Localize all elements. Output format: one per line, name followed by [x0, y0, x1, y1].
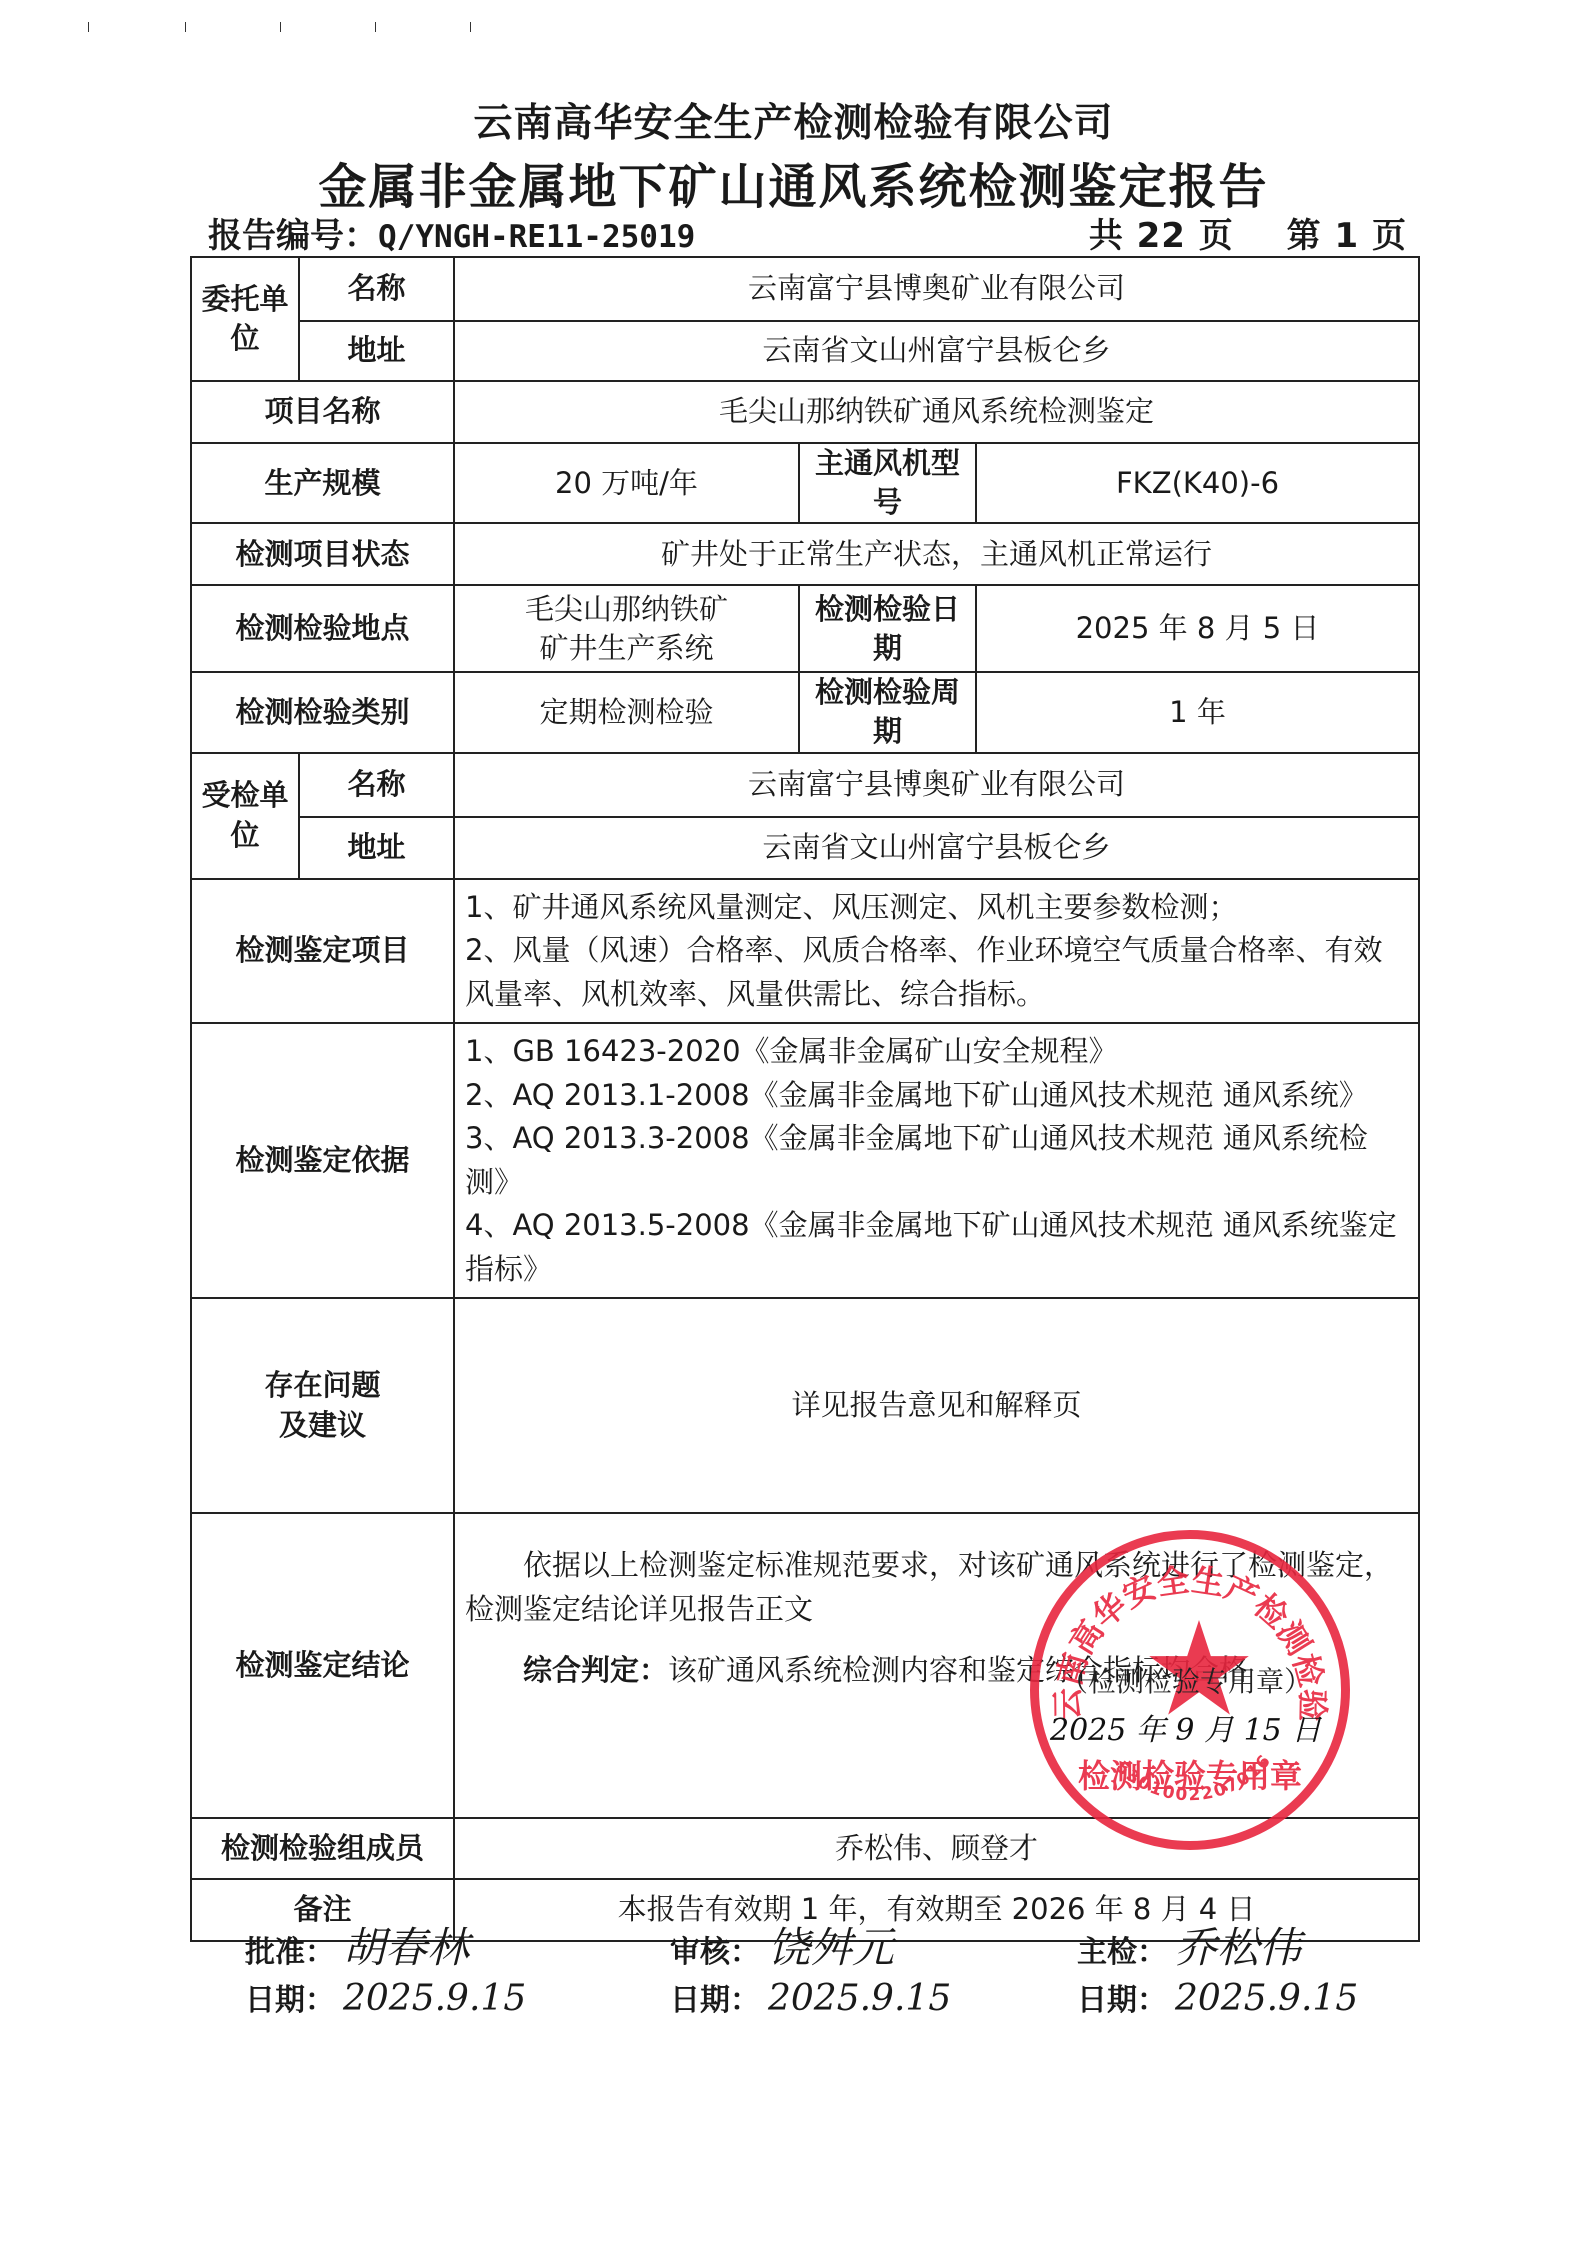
seal-caption: （检测检验专用章）: [1060, 1660, 1312, 1700]
approve-signature: 批准：胡春林: [245, 1915, 469, 1975]
scan-mark: [470, 22, 471, 32]
table-row: 存在问题 及建议 详见报告意见和解释页: [191, 1298, 1419, 1513]
chief-name: 乔松伟: [1175, 1923, 1301, 1972]
list-item: 2、风量（风速）合格率、风质合格率、作业环境空气质量合格率、有效风量率、风机效率…: [465, 929, 1408, 1016]
fan-model-label: 主通风机型号: [799, 443, 976, 523]
page-indicator: 共 22 页 第 1 页: [1079, 208, 1407, 257]
project-name-label: 项目名称: [191, 381, 454, 443]
report-number-value: Q/YNGH-RE11-25019: [378, 219, 695, 255]
date-value: 2025 年 8 月 5 日: [976, 585, 1419, 672]
table-row: 检测检验类别 定期检测检验 检测检验周期 1 年: [191, 672, 1419, 752]
scale-label: 生产规模: [191, 443, 454, 523]
report-number-label: 报告编号：: [208, 216, 378, 256]
items-list: 1、矿井通风系统风量测定、风压测定、风机主要参数检测； 2、风量（风速）合格率、…: [454, 879, 1419, 1024]
list-item: 1、GB 16423-2020《金属非金属矿山安全规程》: [465, 1030, 1408, 1074]
approve-date: 日期：2025.9.15: [245, 1975, 526, 2019]
inspected-address: 云南省文山州富宁县板仑乡: [454, 817, 1419, 879]
location-line1: 毛尖山那纳铁矿: [461, 590, 792, 629]
company-name: 云南高华安全生产检测检验有限公司: [0, 92, 1587, 148]
status-label: 检测项目状态: [191, 523, 454, 585]
table-row: 检测项目状态 矿井处于正常生产状态，主通风机正常运行: [191, 523, 1419, 585]
inspected-group-label: 受检单位: [191, 753, 299, 879]
inspected-name-label: 名称: [299, 753, 454, 817]
chief-date: 日期：2025.9.15: [1077, 1975, 1358, 2019]
client-address-label: 地址: [299, 321, 454, 381]
review-name: 饶舛元: [768, 1923, 894, 1972]
conclusion-text: 依据以上检测鉴定标准规范要求，对该矿通风系统进行了检测鉴定，检测鉴定结论详见报告…: [465, 1544, 1408, 1631]
client-name-label: 名称: [299, 257, 454, 321]
cycle-label: 检测检验周期: [799, 672, 976, 752]
basis-list: 1、GB 16423-2020《金属非金属矿山安全规程》 2、AQ 2013.1…: [454, 1023, 1419, 1298]
members-label: 检测检验组成员: [191, 1818, 454, 1879]
scan-mark: [280, 22, 281, 32]
report-title: 金属非金属地下矿山通风系统检测鉴定报告: [0, 148, 1587, 217]
list-item: 4、AQ 2013.5-2008《金属非金属地下矿山通风技术规范 通风系统鉴定指…: [465, 1204, 1408, 1291]
status-value: 矿井处于正常生产状态，主通风机正常运行: [454, 523, 1419, 585]
list-item: 1、矿井通风系统风量测定、风压测定、风机主要参数检测；: [465, 886, 1408, 930]
cycle-value: 1 年: [976, 672, 1419, 752]
review-signature: 审核：饶舛元: [670, 1915, 894, 1975]
scan-mark: [375, 22, 376, 32]
report-number: 报告编号：Q/YNGH-RE11-25019: [208, 208, 695, 257]
members-value: 乔松伟、顾登才: [454, 1818, 1419, 1879]
table-row: 委托单位 名称 云南富宁县博奥矿业有限公司: [191, 257, 1419, 321]
project-name: 毛尖山那纳铁矿通风系统检测鉴定: [454, 381, 1419, 443]
review-date: 日期：2025.9.15: [670, 1975, 951, 2019]
list-item: 2、AQ 2013.1-2008《金属非金属地下矿山通风技术规范 通风系统》: [465, 1074, 1408, 1118]
table-row: 检测鉴定依据 1、GB 16423-2020《金属非金属矿山安全规程》 2、AQ…: [191, 1023, 1419, 1298]
date-label: 检测检验日期: [799, 585, 976, 672]
location-label: 检测检验地点: [191, 585, 454, 672]
verdict-label: 综合判定：: [523, 1653, 668, 1687]
fan-model-value: FKZ(K40)-6: [976, 443, 1419, 523]
scan-mark: [88, 22, 89, 32]
table-row: 受检单位 名称 云南富宁县博奥矿业有限公司: [191, 753, 1419, 817]
client-name: 云南富宁县博奥矿业有限公司: [454, 257, 1419, 321]
basis-label: 检测鉴定依据: [191, 1023, 454, 1298]
scale-value: 20 万吨/年: [454, 443, 799, 523]
inspected-name: 云南富宁县博奥矿业有限公司: [454, 753, 1419, 817]
table-row: 检测检验组成员 乔松伟、顾登才: [191, 1818, 1419, 1879]
table-row: 项目名称 毛尖山那纳铁矿通风系统检测鉴定: [191, 381, 1419, 443]
inspected-address-label: 地址: [299, 817, 454, 879]
table-row: 检测检验地点 毛尖山那纳铁矿 矿井生产系统 检测检验日期 2025 年 8 月 …: [191, 585, 1419, 672]
category-value: 定期检测检验: [454, 672, 799, 752]
location-line2: 矿井生产系统: [461, 629, 792, 668]
table-row: 地址 云南省文山州富宁县板仑乡: [191, 817, 1419, 879]
client-group-label: 委托单位: [191, 257, 299, 381]
location-value: 毛尖山那纳铁矿 矿井生产系统: [454, 585, 799, 672]
scan-mark: [185, 22, 186, 32]
client-address: 云南省文山州富宁县板仑乡: [454, 321, 1419, 381]
total-pages: 共 22 页: [1089, 216, 1234, 256]
issues-label: 存在问题 及建议: [191, 1298, 454, 1513]
category-label: 检测检验类别: [191, 672, 454, 752]
current-page: 第 1 页: [1287, 216, 1407, 256]
chief-signature: 主检：乔松伟: [1077, 1915, 1301, 1975]
items-label: 检测鉴定项目: [191, 879, 454, 1024]
seal-date: 2025 年 9 月 15 日: [1050, 1705, 1321, 1749]
table-row: 检测鉴定项目 1、矿井通风系统风量测定、风压测定、风机主要参数检测； 2、风量（…: [191, 879, 1419, 1024]
issues-value: 详见报告意见和解释页: [454, 1298, 1419, 1513]
list-item: 3、AQ 2013.3-2008《金属非金属地下矿山通风技术规范 通风系统检测》: [465, 1117, 1408, 1204]
table-row: 生产规模 20 万吨/年 主通风机型号 FKZ(K40)-6: [191, 443, 1419, 523]
table-row: 地址 云南省文山州富宁县板仑乡: [191, 321, 1419, 381]
approve-name: 胡春林: [343, 1923, 469, 1972]
conclusion-label: 检测鉴定结论: [191, 1513, 454, 1818]
